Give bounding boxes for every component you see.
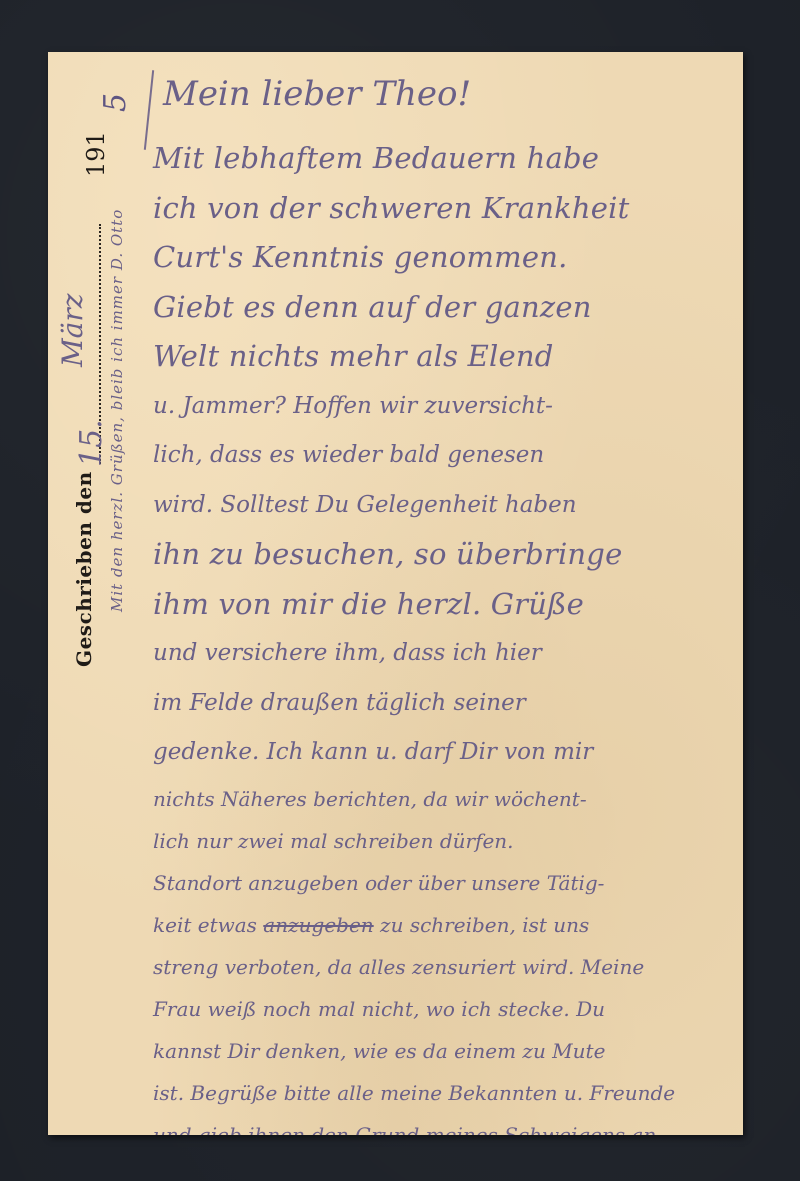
letter-line: ihm von mir die herzl. Grüße <box>153 580 738 630</box>
letter-line: lich nur zwei mal schreiben dürfen. <box>153 820 738 862</box>
letter-line: Giebt es denn auf der ganzen <box>153 283 738 333</box>
letter-line: u. Jammer? Hoffen wir zuversicht- <box>153 382 738 432</box>
struck-out-word: anzugeben <box>263 913 373 937</box>
postcard: Geschrieben den 191 5 15. März Mit den h… <box>48 52 743 1135</box>
letter-line: und versichere ihm, dass ich hier <box>153 629 738 679</box>
letter-line: ist. Begrüße bitte alle meine Bekannten … <box>153 1072 738 1114</box>
letter-line: lich, dass es wieder bald genesen <box>153 431 738 481</box>
handwritten-year-digit: 5 <box>98 93 133 112</box>
letter-line: Curt's Kenntnis genommen. <box>153 233 738 283</box>
letter-line: Standort anzugeben oder über unsere Täti… <box>153 862 738 904</box>
letter-line-with-strike: keit etwas anzugeben zu schreiben, ist u… <box>153 904 738 946</box>
letter-line: Welt nichts mehr als Elend <box>153 332 738 382</box>
margin-note: Mit den herzl. Grüßen, bleib ich immer D… <box>108 209 126 612</box>
salutation: Mein lieber Theo! <box>163 64 738 124</box>
letter-line: ihn zu besuchen, so überbringe <box>153 530 738 580</box>
printed-date-label: Geschrieben den <box>72 471 96 667</box>
letter-line: ich von der schweren Krankheit <box>153 184 738 234</box>
letter-body: Mein lieber Theo! Mit lebhaftem Bedauern… <box>153 64 738 1135</box>
letter-line: kannst Dir denken, wie es da einem zu Mu… <box>153 1030 738 1072</box>
letter-line: und gieb ihnen den Grund meines Schweige… <box>153 1114 738 1136</box>
handwritten-date-day: 15. <box>74 419 109 467</box>
printed-year-prefix: 191 <box>82 131 110 177</box>
letter-text: keit etwas <box>153 913 257 937</box>
letter-lines: Mit lebhaftem Bedauern habe ich von der … <box>153 134 738 1135</box>
letter-line: Mit lebhaftem Bedauern habe <box>153 134 738 184</box>
letter-line: nichts Näheres berichten, da wir wöchent… <box>153 778 738 820</box>
letter-line: wird. Solltest Du Gelegenheit haben <box>153 481 738 531</box>
letter-line: Frau weiß noch mal nicht, wo ich stecke.… <box>153 988 738 1030</box>
letter-line: im Felde draußen täglich seiner <box>153 679 738 729</box>
letter-line: streng verboten, da alles zensuriert wir… <box>153 946 738 988</box>
handwritten-date-month: März <box>56 294 89 368</box>
letter-line: gedenke. Ich kann u. darf Dir von mir <box>153 728 738 778</box>
letter-text: zu schreiben, ist uns <box>380 913 589 937</box>
